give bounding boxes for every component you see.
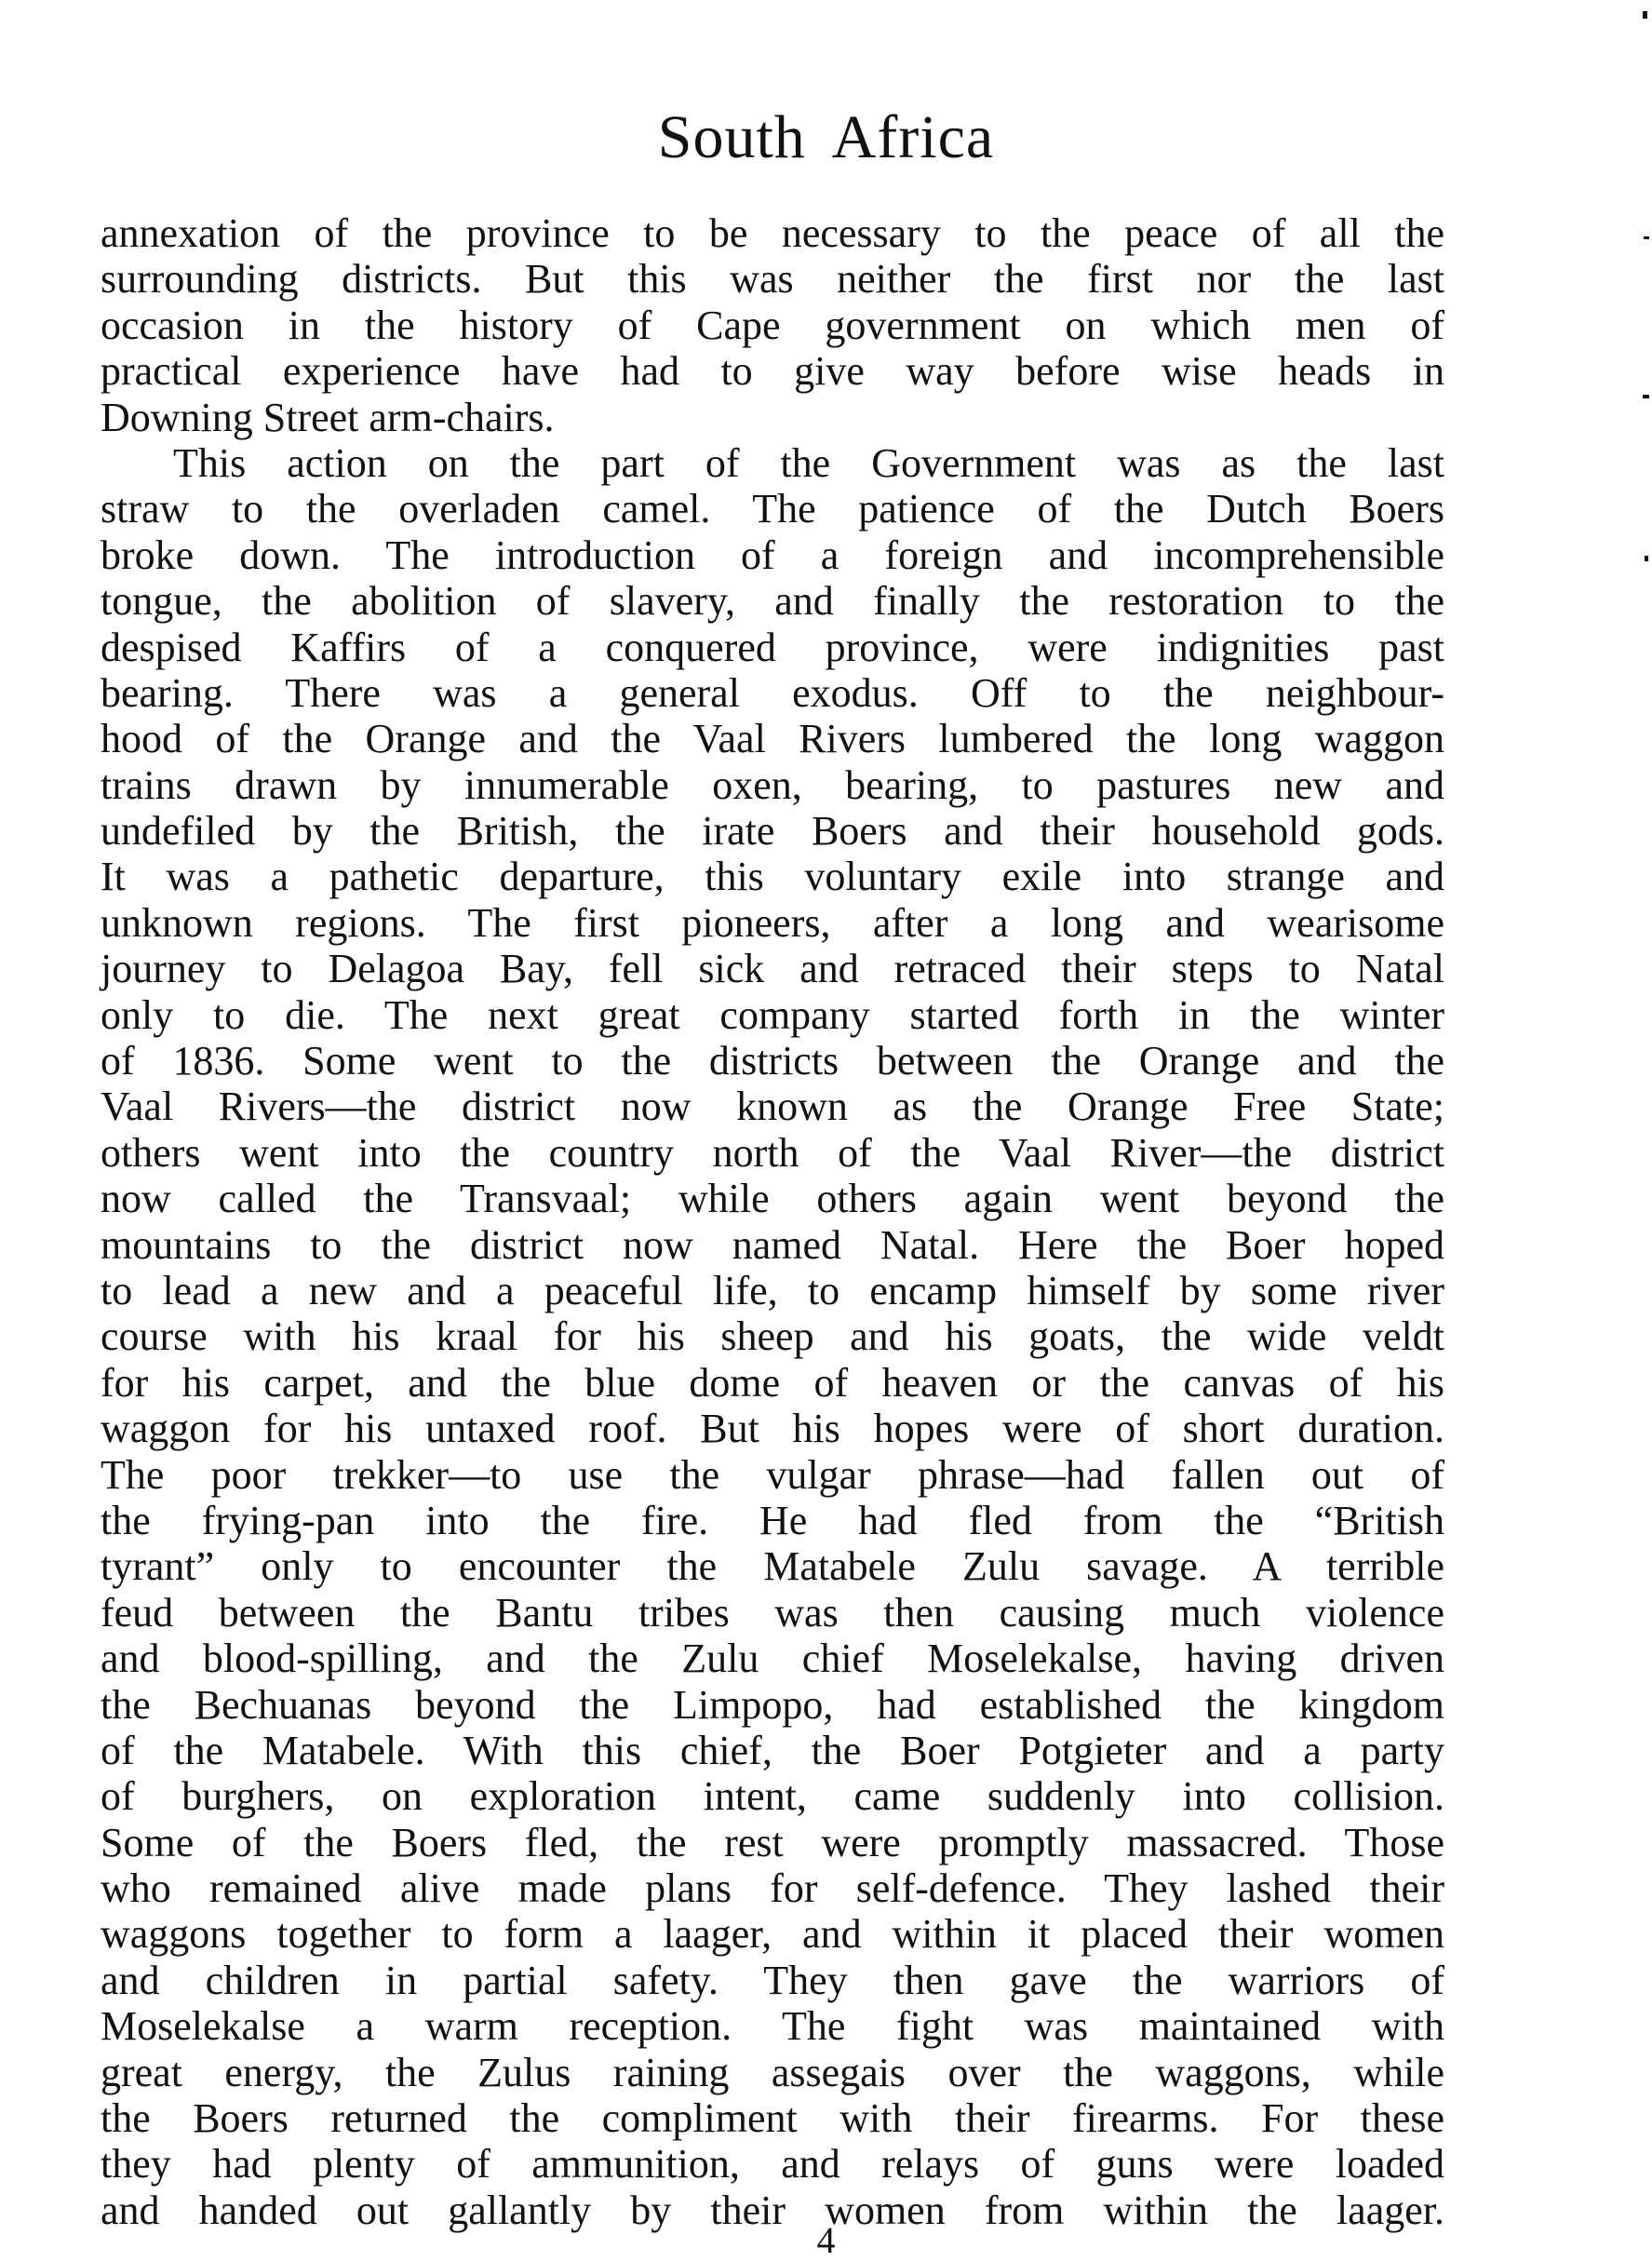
text-line: annexation of the province to be necessa…	[101, 210, 1444, 256]
text-line: others went into the country north of th…	[101, 1130, 1444, 1176]
text-line: This action on the part of the Governmen…	[101, 440, 1444, 486]
page-number: 4	[0, 2219, 1652, 2262]
text-line: tyrant” only to encounter the Matabele Z…	[101, 1543, 1444, 1589]
text-line: despised Kaffirs of a conquered province…	[101, 625, 1444, 670]
text-line: Vaal Rivers—the district now known as th…	[101, 1084, 1444, 1129]
text-line: to lead a new and a peaceful life, to en…	[101, 1268, 1444, 1313]
text-line: trains drawn by innumerable oxen, bearin…	[101, 762, 1444, 808]
text-line: course with his kraal for his sheep and …	[101, 1313, 1444, 1359]
text-line: bearing. There was a general exodus. Off…	[101, 670, 1444, 716]
text-line: the frying-pan into the fire. He had fle…	[101, 1498, 1444, 1543]
text-line: they had plenty of ammunition, and relay…	[101, 2141, 1444, 2187]
text-line: the Boers returned the compliment with t…	[101, 2095, 1444, 2141]
text-line: hood of the Orange and the Vaal Rivers l…	[101, 716, 1444, 761]
text-line: Downing Street arm-chairs.	[101, 395, 1444, 440]
text-line: and children in partial safety. They the…	[101, 1958, 1444, 2003]
text-line: of the Matabele. With this chief, the Bo…	[101, 1728, 1444, 1773]
text-line: only to die. The next great company star…	[101, 992, 1444, 1038]
text-line: Some of the Boers fled, the rest were pr…	[101, 1820, 1444, 1865]
running-head: South Africa	[0, 101, 1652, 175]
text-line: tongue, the abolition of slavery, and fi…	[101, 578, 1444, 624]
text-line: waggon for his untaxed roof. But his hop…	[101, 1406, 1444, 1451]
book-page: South Africa annexation of the province …	[0, 0, 1652, 2262]
text-line: feud between the Bantu tribes was then c…	[101, 1590, 1444, 1636]
text-line: Moselekalse a warm reception. The fight …	[101, 2003, 1444, 2049]
text-line: undefiled by the British, the irate Boer…	[101, 808, 1444, 854]
text-line: great energy, the Zulus raining assegais…	[101, 2050, 1444, 2095]
text-line: for his carpet, and the blue dome of hea…	[101, 1360, 1444, 1406]
text-line: surrounding districts. But this was neit…	[101, 256, 1444, 302]
text-line: the Bechuanas beyond the Limpopo, had es…	[101, 1682, 1444, 1728]
text-line: straw to the overladen camel. The patien…	[101, 486, 1444, 532]
scan-speck	[1643, 11, 1647, 19]
text-line: practical experience have had to give wa…	[101, 348, 1444, 394]
text-line: mountains to the district now named Nata…	[101, 1222, 1444, 1268]
text-line: waggons together to form a laager, and w…	[101, 1911, 1444, 1957]
text-line: and blood-spilling, and the Zulu chief M…	[101, 1636, 1444, 1681]
text-line: It was a pathetic departure, this volunt…	[101, 854, 1444, 899]
text-line: of burghers, on exploration intent, came…	[101, 1773, 1444, 1819]
text-line: unknown regions. The first pioneers, aft…	[101, 900, 1444, 946]
text-line: journey to Delagoa Bay, fell sick and re…	[101, 946, 1444, 991]
text-line: of 1836. Some went to the districts betw…	[101, 1038, 1444, 1084]
scan-speck	[1645, 556, 1648, 561]
text-line: now called the Transvaal; while others a…	[101, 1176, 1444, 1221]
scan-speck	[1644, 236, 1649, 239]
text-line: who remained alive made plans for self-d…	[101, 1865, 1444, 1911]
text-line: The poor trekker—to use the vulgar phras…	[101, 1452, 1444, 1498]
body-text: annexation of the province to be necessa…	[101, 210, 1444, 2233]
scan-speck	[1643, 395, 1649, 398]
text-line: broke down. The introduction of a foreig…	[101, 532, 1444, 578]
text-line: occasion in the history of Cape governme…	[101, 303, 1444, 348]
